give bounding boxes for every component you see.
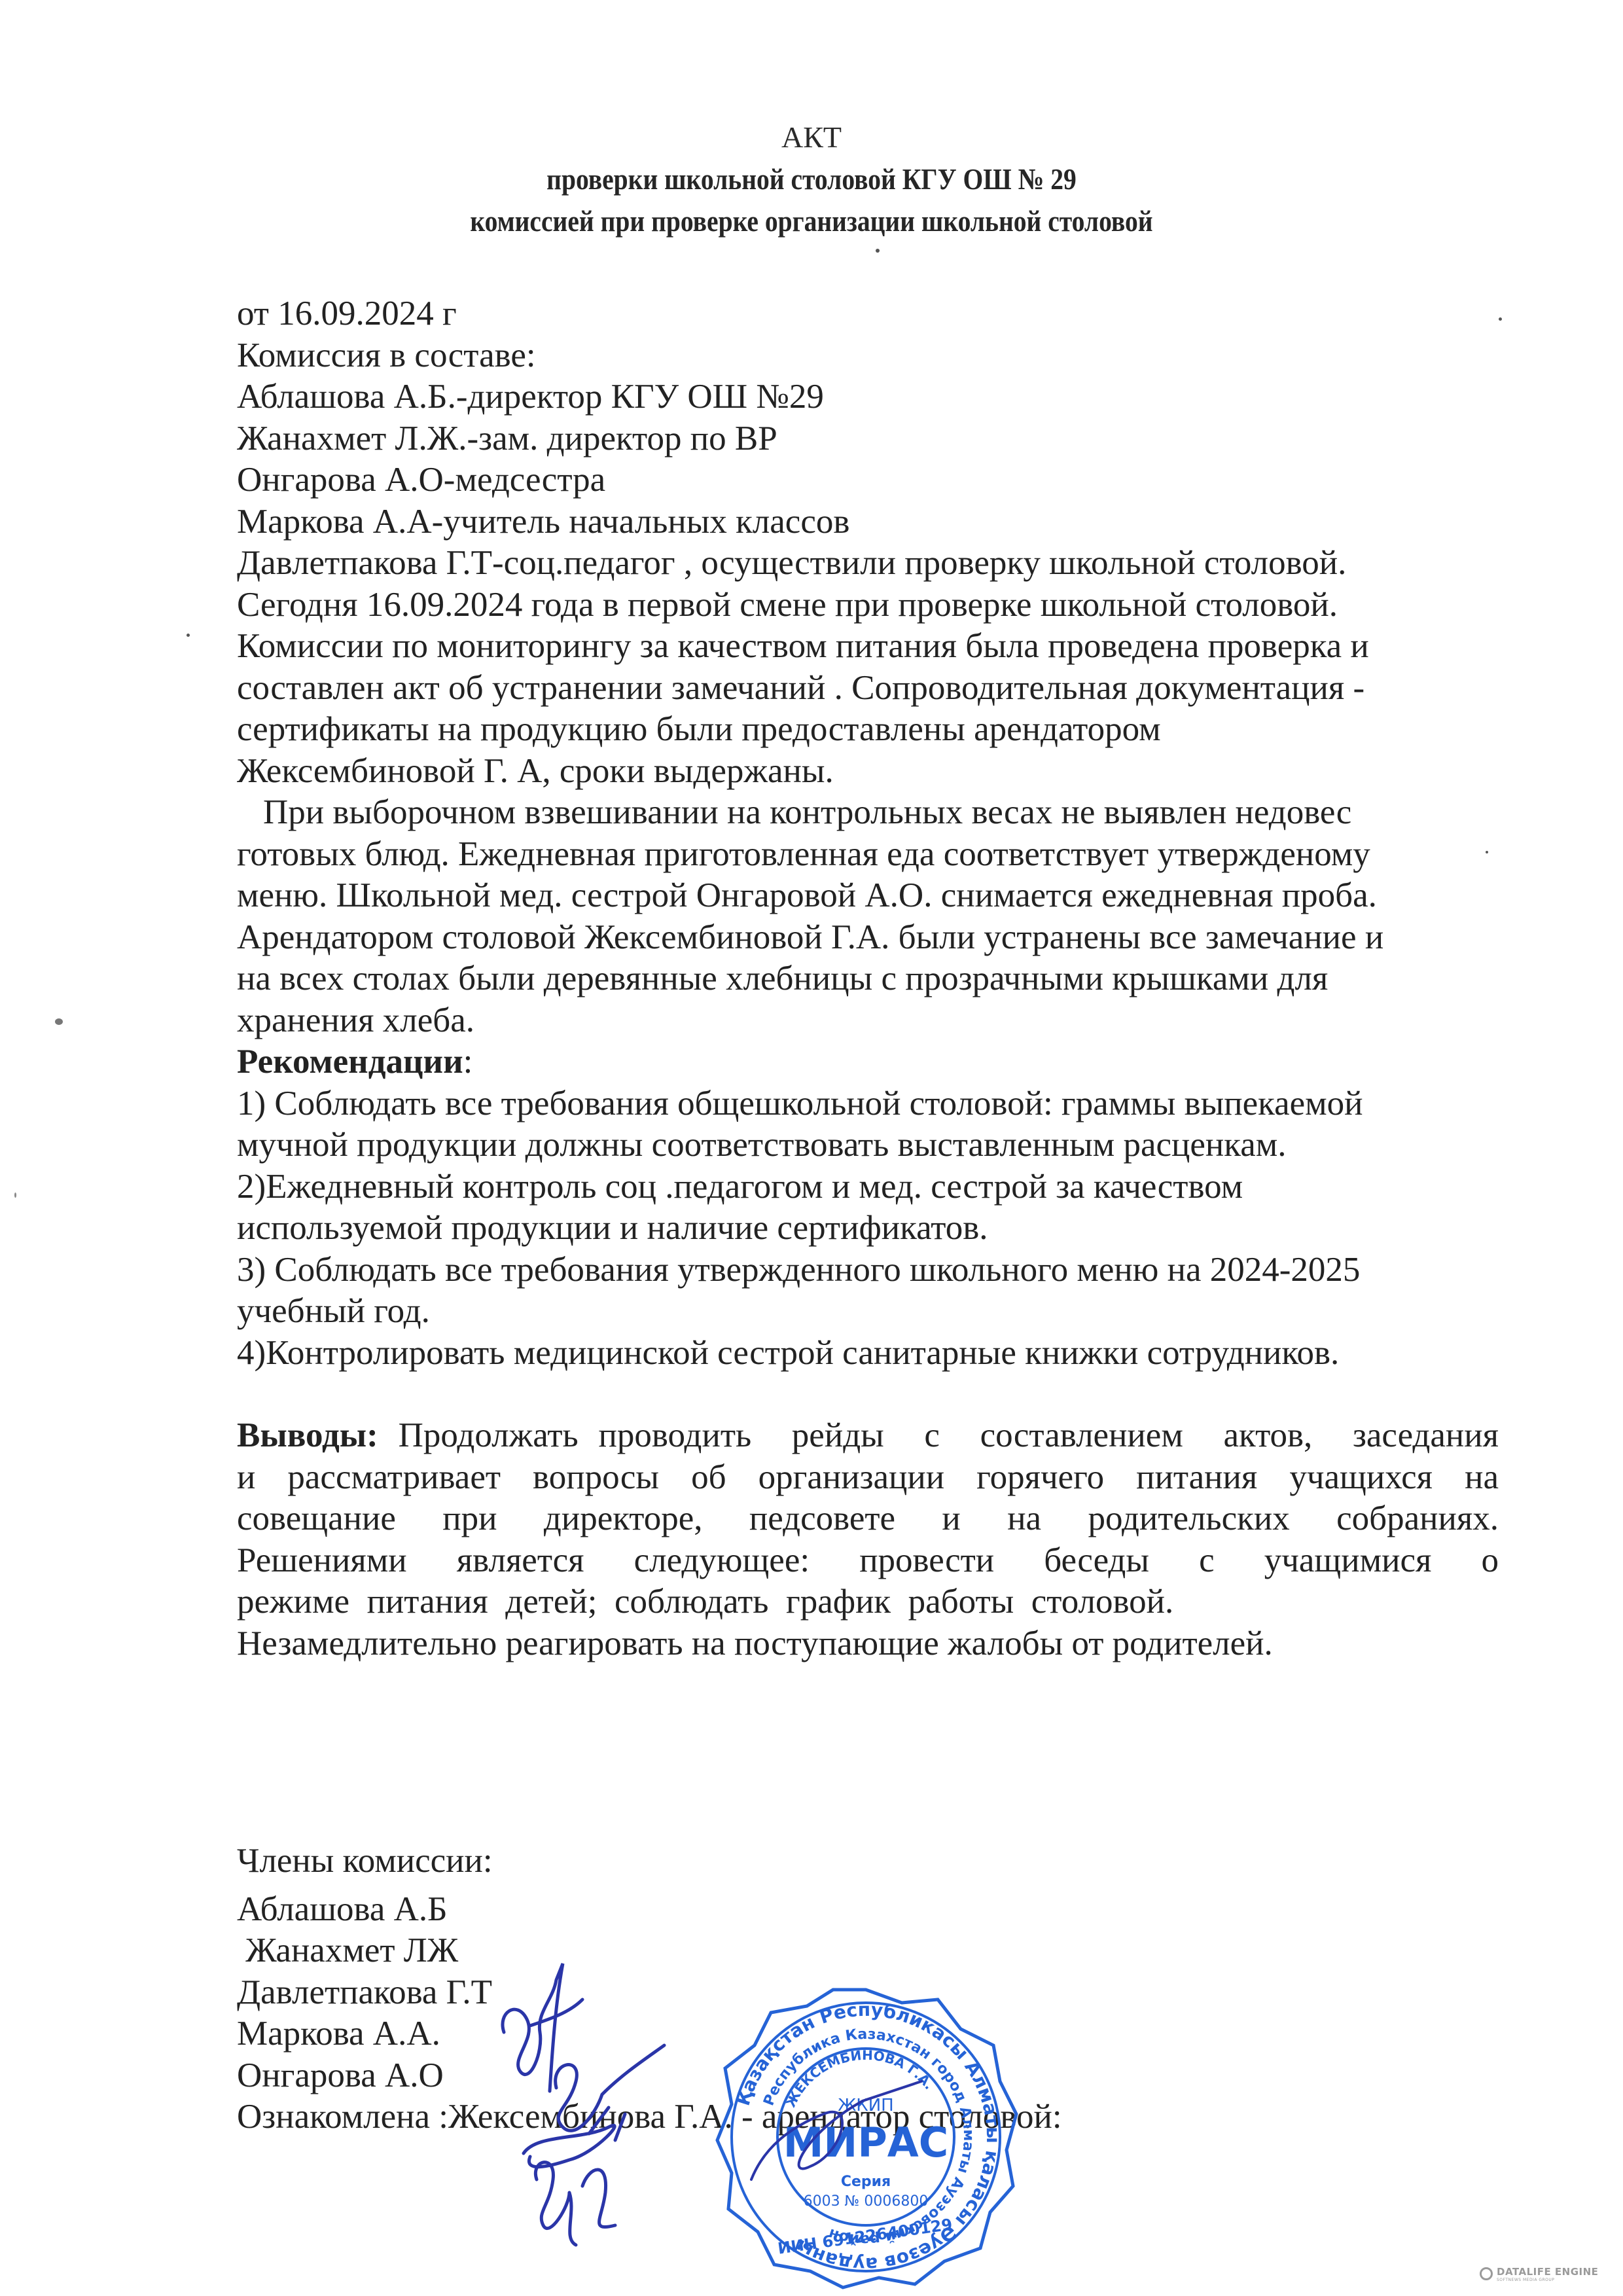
- document-subtitle-line2: комиссией при проверке организации школь…: [114, 200, 1510, 242]
- scan-speck: [187, 634, 190, 637]
- paragraph1-line: составлен акт об устранении замечаний . …: [237, 668, 1499, 709]
- signatory-name: Жанахмет ЛЖ: [237, 1930, 1062, 1972]
- recommendation-line: 3) Соблюдать все требования утвержденног…: [237, 1249, 1499, 1291]
- commission-member: Онгарова А.О-медсестра: [237, 459, 1499, 501]
- commission-label: Комиссия в составе:: [237, 335, 1499, 377]
- datalife-logo-icon: [1480, 2267, 1493, 2280]
- commission-member: Маркова А.А-учитель начальных классов: [237, 501, 1499, 543]
- stamp-series-label: Серия: [841, 2174, 891, 2190]
- recommendation-line: мучной продукции должны соответствовать …: [237, 1124, 1499, 1166]
- scan-speck: [876, 249, 880, 253]
- conclusions-line: совещание при директоре, педсовете и на …: [237, 1498, 1499, 1540]
- signatures-heading: Члены комиссии:: [237, 1840, 1062, 1882]
- paragraph1-line: Комиссии по мониторингу за качеством пит…: [237, 626, 1499, 668]
- watermark: DATALIFE ENGINE SOFTNEWS MEDIA GROUP: [1497, 2266, 1598, 2282]
- paragraph1-line: Жексембиновой Г. А, сроки выдержаны.: [237, 751, 1499, 793]
- spacer: [237, 1882, 1062, 1889]
- scan-speck: [14, 1193, 16, 1198]
- commission-member: Аблашова А.Б.-директор КГУ ОШ №29: [237, 376, 1499, 418]
- paragraph2-line: на всех столах были деревянные хлебницы …: [237, 958, 1499, 1000]
- document-title: АКТ: [0, 117, 1623, 158]
- document-header: АКТ проверки школьной столовой КГУ ОШ № …: [0, 117, 1623, 242]
- recommendation-line: 1) Соблюдать все требования общешкольной…: [237, 1083, 1499, 1125]
- recommendation-line: учебный год.: [237, 1291, 1499, 1333]
- conclusions-line: режиме питания детей; соблюдать график р…: [237, 1581, 1499, 1623]
- conclusions-line1: Выводы: Продолжать проводить рейды с сос…: [237, 1415, 1499, 1457]
- conclusions-line: и рассматривает вопросы об организации г…: [237, 1457, 1499, 1499]
- document-body: от 16.09.2024 г Комиссия в составе: Абла…: [237, 293, 1499, 1664]
- scan-speck: [1486, 851, 1488, 853]
- scan-speck: [55, 1018, 63, 1025]
- stamp-brand: МИРАС: [783, 2119, 949, 2166]
- scan-speck: [1499, 317, 1502, 321]
- recommendation-line: используемой продукции и наличие сертифи…: [237, 1208, 1499, 1249]
- recommendation-line: 4)Контролировать медицинской сестрой сан…: [237, 1333, 1499, 1374]
- paragraph2-line: меню. Школьной мед. сестрой Онгаровой А.…: [237, 875, 1499, 917]
- conclusions-text: Продолжать проводить рейды с составление…: [378, 1416, 1499, 1454]
- paragraph2-line: Арендатором столовой Жексембиновой Г.А. …: [237, 917, 1499, 959]
- recommendations-heading: Рекомендации:: [237, 1041, 1499, 1083]
- watermark-main: DATALIFE ENGINE: [1497, 2266, 1598, 2278]
- stamp-series-number: 6003 № 0006800: [804, 2193, 929, 2210]
- act-date: от 16.09.2024 г: [237, 293, 1499, 335]
- conclusions-heading: Выводы:: [237, 1416, 378, 1454]
- paragraph1-line: Сегодня 16.09.2024 года в первой смене п…: [237, 584, 1499, 626]
- recommendation-line: 2)Ежедневный контроль соц .педагогом и м…: [237, 1166, 1499, 1208]
- document-subtitle-line1: проверки школьной столовой КГУ ОШ № 29: [114, 158, 1510, 200]
- signature-ongarova: [524, 2153, 622, 2251]
- commission-member: Жанахмет Л.Ж.-зам. директор по ВР: [237, 418, 1499, 460]
- watermark-sub: SOFTNEWS MEDIA GROUP: [1497, 2278, 1598, 2282]
- spacer: [237, 1374, 1499, 1415]
- recommendations-heading-text: Рекомендации: [237, 1043, 463, 1081]
- commission-member: Давлетпакова Г.Т-соц.педагог , осуществи…: [237, 543, 1499, 584]
- paragraph1-line: сертификаты на продукцию были предоставл…: [237, 709, 1499, 751]
- paragraph2-line: готовых блюд. Ежедневная приготовленная …: [237, 834, 1499, 876]
- paragraph2-line: При выборочном взвешивании на контрольны…: [237, 792, 1499, 834]
- conclusions-line: Решениями является следующее: провести б…: [237, 1540, 1499, 1582]
- recommendations-heading-colon: :: [463, 1043, 473, 1081]
- conclusions-line: Незамедлительно реагировать на поступающ…: [237, 1623, 1499, 1665]
- paragraph2-line: хранения хлеба.: [237, 1000, 1499, 1042]
- official-stamp: Қазақстан Республикасы Алматы қаласы Әуе…: [712, 1983, 1020, 2291]
- signatory-name: Аблашова А.Б: [237, 1889, 1062, 1931]
- document-page: АКТ проверки школьной столовой КГУ ОШ № …: [0, 0, 1623, 2296]
